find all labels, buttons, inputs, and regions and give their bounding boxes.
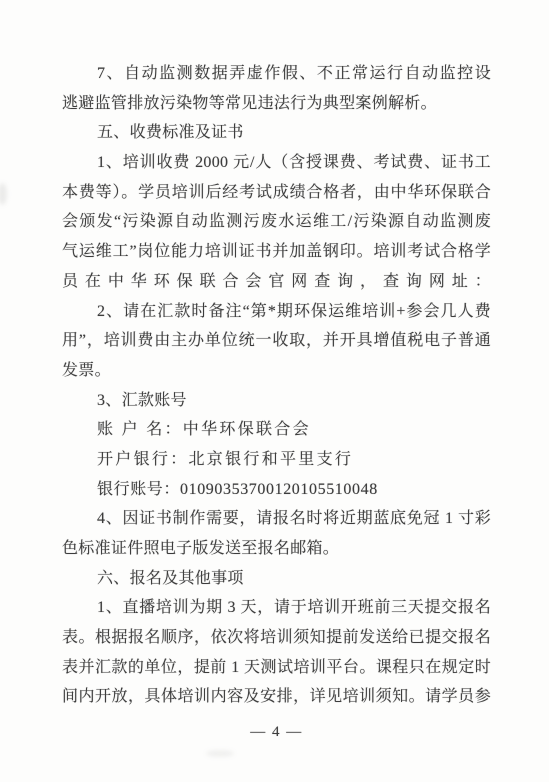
scanned-document-page: 7、自动监测数据弄虚作假、不正常运行自动监控设施、 逃避监管排放污染物等常见违法… [0,0,549,782]
account-heading: 3、汇款账号 [62,386,491,416]
page-number: — 4 — [62,721,491,743]
signup-line-2: 表。根据报名顺序，依次将培训须知提前发送给已提交报名 [62,623,491,653]
account-bank-line: 开户银行：北京银行和平里支行 [62,445,491,475]
signup-line-1: 1、直播培训为期 3 天，请于培训开班前三天提交报名 [62,593,491,623]
signup-line-4: 间内开放，具体培训内容及安排，详见培训须知。请学员参 [62,682,491,712]
remit-line-3: 发票。 [62,356,491,386]
scan-smudge-bottom [206,750,234,757]
fee-line-1: 1、培训收费 2000 元/人（含授课费、考试费、证书工 [62,148,491,178]
scan-smudge-left [0,183,7,205]
photo-line-1: 4、因证书制作需要，请报名时将近期蓝底免冠 1 寸彩 [62,504,491,534]
item7-line-1: 7、自动监测数据弄虚作假、不正常运行自动监控设施、 [62,59,491,89]
account-number-line: 银行账号：01090353700120105510048 [62,475,491,505]
remit-line-2: 用”，培训费由主办单位统一收取，并开具增值税电子普通 [62,326,491,356]
remit-line-1: 2、请在汇款时备注“第*期环保运维培训+参会几人费 [62,297,491,327]
signup-line-3: 表并汇款的单位，提前 1 天测试培训平台。课程只在规定时 [62,653,491,683]
account-name-line: 账 户 名：中华环保联合会 [62,415,491,445]
fee-line-4: 气运维工”岗位能力培训证书并加盖钢印。培训考试合格学 [62,237,491,267]
section6-heading: 六、报名及其他事项 [62,564,491,594]
fee-line-3: 会颁发“污染源自动监测污废水运维工/污染源自动监测废 [62,207,491,237]
fee-line-5-website: 员在中华环保联合会官网查询，查询网址：www.acef.com.cn [62,267,491,297]
section5-heading: 五、收费标准及证书 [62,118,491,148]
photo-line-2: 色标准证件照电子版发送至报名邮箱。 [62,534,491,564]
item7-line-2: 逃避监管排放污染物等常见违法行为典型案例解析。 [62,89,491,119]
fee-line-2: 本费等）。学员培训后经考试成绩合格者，由中华环保联合 [62,178,491,208]
document-body: 7、自动监测数据弄虚作假、不正常运行自动监控设施、 逃避监管排放污染物等常见违法… [62,59,491,712]
